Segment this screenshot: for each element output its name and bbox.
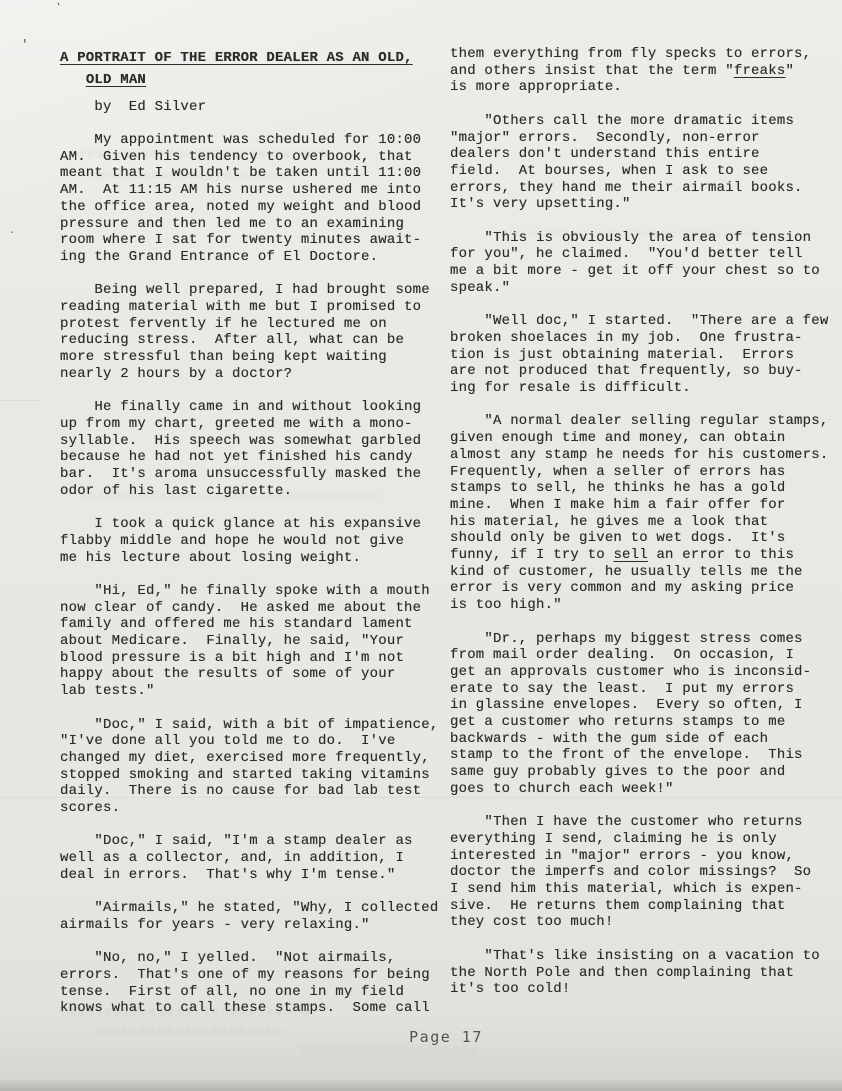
text-line: everything I send, claiming he is only	[450, 831, 842, 848]
text-line: daily. There is no cause for bad lab tes…	[60, 783, 460, 800]
article-byline: by Ed Silver	[60, 96, 460, 118]
text-line: errors, they hand me their airmail books…	[450, 180, 842, 197]
paragraph: "No, no," I yelled. "Not airmails,errors…	[60, 950, 460, 1017]
paragraph: "A normal dealer selling regular stamps,…	[450, 413, 842, 613]
paragraph: "Hi, Ed," he finally spoke with a mouthn…	[60, 583, 460, 700]
text-line: My appointment was scheduled for 10:00	[60, 132, 460, 149]
text-line: up from my chart, greeted me with a mono…	[60, 416, 460, 433]
text-line: flabby middle and hope he would not give	[60, 533, 460, 550]
text-line: "Airmails," he stated, "Why, I collected	[60, 900, 460, 917]
scan-artifact: .	[10, 222, 14, 236]
text-line: He finally came in and without looking	[60, 399, 460, 416]
text-line: "This is obviously the area of tension	[450, 230, 842, 247]
text-line: Being well prepared, I had brought some	[60, 282, 460, 299]
paragraph: "Well doc," I started. "There are a fewb…	[450, 313, 842, 397]
text-line: scores.	[60, 800, 460, 817]
text-line: should only be given to wet dogs. It's	[450, 530, 842, 547]
text-line: reading material with me but I promised …	[60, 299, 460, 316]
text-line: mine. When I make him a fair offer for	[450, 497, 842, 514]
text-line: room where I sat for twenty minutes awai…	[60, 232, 460, 249]
text-line: bar. It's aroma unsuccessfully masked th…	[60, 466, 460, 483]
text-line: syllable. His speech was somewhat garble…	[60, 433, 460, 450]
text-line: kind of customer, he usually tells me th…	[450, 564, 842, 581]
text-line: is more appropriate.	[450, 79, 842, 96]
text-line: well as a collector, and, in addition, I	[60, 850, 460, 867]
text-line: meant that I wouldn't be taken until 11:…	[60, 165, 460, 182]
text-line: speak."	[450, 280, 842, 297]
text-line: his material, he gives me a look that	[450, 514, 842, 531]
text-line: odor of his last cigarette.	[60, 483, 460, 500]
text-line: from mail order dealing. On occasion, I	[450, 647, 842, 664]
text-line: funny, if I try to sell an error to this	[450, 547, 842, 564]
article-title-line2: OLD MAN	[60, 69, 460, 91]
text-line: in glassine envelopes. Every so often, I	[450, 697, 842, 714]
left-column-text: My appointment was scheduled for 10:00AM…	[60, 132, 460, 1017]
text-line: because he had not yet finished his cand…	[60, 449, 460, 466]
text-line: "Others call the more dramatic items	[450, 113, 842, 130]
text-line: now clear of candy. He asked me about th…	[60, 600, 460, 617]
article-title: A PORTRAIT OF THE ERROR DEALER AS AN OLD…	[60, 47, 460, 91]
text-line: almost any stamp he needs for his custom…	[450, 447, 842, 464]
text-line: reducing stress. After all, what can be	[60, 332, 460, 349]
paper-crease	[0, 398, 40, 401]
text-line: given enough time and money, can obtain	[450, 430, 842, 447]
text-line: changed my diet, exercised more frequent…	[60, 750, 460, 767]
text-line: backwards - with the gum side of each	[450, 731, 842, 748]
text-line: erate to say the least. I put my errors	[450, 681, 842, 698]
scan-artifact: `	[52, 1, 63, 17]
scan-edge-shadow	[0, 1080, 842, 1091]
text-line: error is very common and my asking price	[450, 580, 842, 597]
text-line: It's very upsetting."	[450, 196, 842, 213]
text-line: me his lecture about losing weight.	[60, 550, 460, 567]
text-line: for you", he claimed. "You'd better tell	[450, 246, 842, 263]
text-line: tion is just obtaining material. Errors	[450, 347, 842, 364]
text-line: broken shoelaces in my job. One frustra-	[450, 330, 842, 347]
paragraph: "Airmails," he stated, "Why, I collected…	[60, 900, 460, 933]
paragraph: I took a quick glance at his expansivefl…	[60, 516, 460, 566]
text-line: is too high."	[450, 597, 842, 614]
text-line: tense. First of all, no one in my field	[60, 984, 460, 1001]
text-line: are not produced that frequently, so buy…	[450, 363, 842, 380]
text-line: airmails for years - very relaxing."	[60, 917, 460, 934]
text-line: I took a quick glance at his expansive	[60, 516, 460, 533]
paragraph: "Doc," I said, with a bit of impatience,…	[60, 717, 460, 817]
text-line: "A normal dealer selling regular stamps,	[450, 413, 842, 430]
paragraph: "Others call the more dramatic items"maj…	[450, 113, 842, 213]
text-line: about Medicare. Finally, he said, "Your	[60, 633, 460, 650]
text-line: doctor the imperfs and color missings? S…	[450, 864, 842, 881]
text-line: ing the Grand Entrance of El Doctore.	[60, 249, 460, 266]
text-line: "No, no," I yelled. "Not airmails,	[60, 950, 460, 967]
text-line: same guy probably gives to the poor and	[450, 764, 842, 781]
paragraph: them everything from fly specks to error…	[450, 46, 842, 96]
bleedthrough-smudge	[300, 1046, 480, 1053]
text-line: nearly 2 hours by a doctor?	[60, 366, 460, 383]
paragraph: He finally came in and without lookingup…	[60, 399, 460, 499]
text-line: lab tests."	[60, 683, 460, 700]
text-line: "Well doc," I started. "There are a few	[450, 313, 842, 330]
text-line: "Then I have the customer who returns	[450, 814, 842, 831]
text-line: pressure and then led me to an examining	[60, 216, 460, 233]
text-line: errors. That's one of my reasons for bei…	[60, 967, 460, 984]
paragraph: "Dr., perhaps my biggest stress comesfro…	[450, 631, 842, 798]
text-line: deal in errors. That's why I'm tense."	[60, 867, 460, 884]
paragraph: My appointment was scheduled for 10:00AM…	[60, 132, 460, 266]
text-line: dealers don't understand this entire	[450, 146, 842, 163]
text-line: interested in "major" errors - you know,	[450, 848, 842, 865]
right-column-text: them everything from fly specks to error…	[450, 46, 842, 998]
page-number: Page 17	[0, 1028, 842, 1046]
text-line: AM. Given his tendency to overbook, that	[60, 149, 460, 166]
text-line: AM. At 11:15 AM his nurse ushered me int…	[60, 182, 460, 199]
text-line: blood pressure is a bit high and I'm not	[60, 650, 460, 667]
paragraph: "This is obviously the area of tensionfo…	[450, 230, 842, 297]
text-line: happy about the results of some of your	[60, 666, 460, 683]
text-line: field. At bourses, when I ask to see	[450, 163, 842, 180]
text-line: get an approvals customer who is inconsi…	[450, 664, 842, 681]
text-line: protest fervently if he lectured me on	[60, 316, 460, 333]
paragraph: Being well prepared, I had brought somer…	[60, 282, 460, 382]
text-line: knows what to call these stamps. Some ca…	[60, 1000, 460, 1017]
text-line: family and offered me his standard lamen…	[60, 616, 460, 633]
text-line: "Hi, Ed," he finally spoke with a mouth	[60, 583, 460, 600]
paragraph: "That's like insisting on a vacation tot…	[450, 948, 842, 998]
text-line: sive. He returns them complaining that	[450, 898, 842, 915]
text-line: the office area, noted my weight and blo…	[60, 199, 460, 216]
text-line: stamp to the front of the envelope. This	[450, 747, 842, 764]
text-line: "I've done all you told me to do. I've	[60, 733, 460, 750]
text-line: get a customer who returns stamps to me	[450, 714, 842, 731]
text-line: stopped smoking and started taking vitam…	[60, 767, 460, 784]
text-line: "Dr., perhaps my biggest stress comes	[450, 631, 842, 648]
text-line: them everything from fly specks to error…	[450, 46, 842, 63]
left-column: A PORTRAIT OF THE ERROR DEALER AS AN OLD…	[60, 47, 460, 1017]
text-line: I send him this material, which is expen…	[450, 881, 842, 898]
text-line: "That's like insisting on a vacation to	[450, 948, 842, 965]
text-line: stamps to sell, he thinks he has a gold	[450, 480, 842, 497]
text-line: "Doc," I said, with a bit of impatience,	[60, 717, 460, 734]
scanned-newsletter-page: ` ' . A PORTRAIT OF THE ERROR DEALER AS …	[0, 0, 842, 1091]
text-line: ing for resale is difficult.	[450, 380, 842, 397]
text-line: it's too cold!	[450, 981, 842, 998]
article-title-line1: A PORTRAIT OF THE ERROR DEALER AS AN OLD…	[60, 47, 460, 69]
right-column: them everything from fly specks to error…	[450, 46, 842, 998]
paragraph: "Doc," I said, "I'm a stamp dealer aswel…	[60, 833, 460, 883]
text-line: "major" errors. Secondly, non-error	[450, 130, 842, 147]
scan-artifact: '	[23, 38, 27, 53]
text-line: goes to church each week!"	[450, 781, 842, 798]
text-line: Frequently, when a seller of errors has	[450, 464, 842, 481]
text-line: "Doc," I said, "I'm a stamp dealer as	[60, 833, 460, 850]
text-line: and others insist that the term "freaks"	[450, 63, 842, 80]
text-line: more stressful than being kept waiting	[60, 349, 460, 366]
text-line: the North Pole and then complaining that	[450, 965, 842, 982]
paragraph: "Then I have the customer who returnseve…	[450, 814, 842, 931]
text-line: me a bit more - get it off your chest so…	[450, 263, 842, 280]
text-line: they cost too much!	[450, 914, 842, 931]
